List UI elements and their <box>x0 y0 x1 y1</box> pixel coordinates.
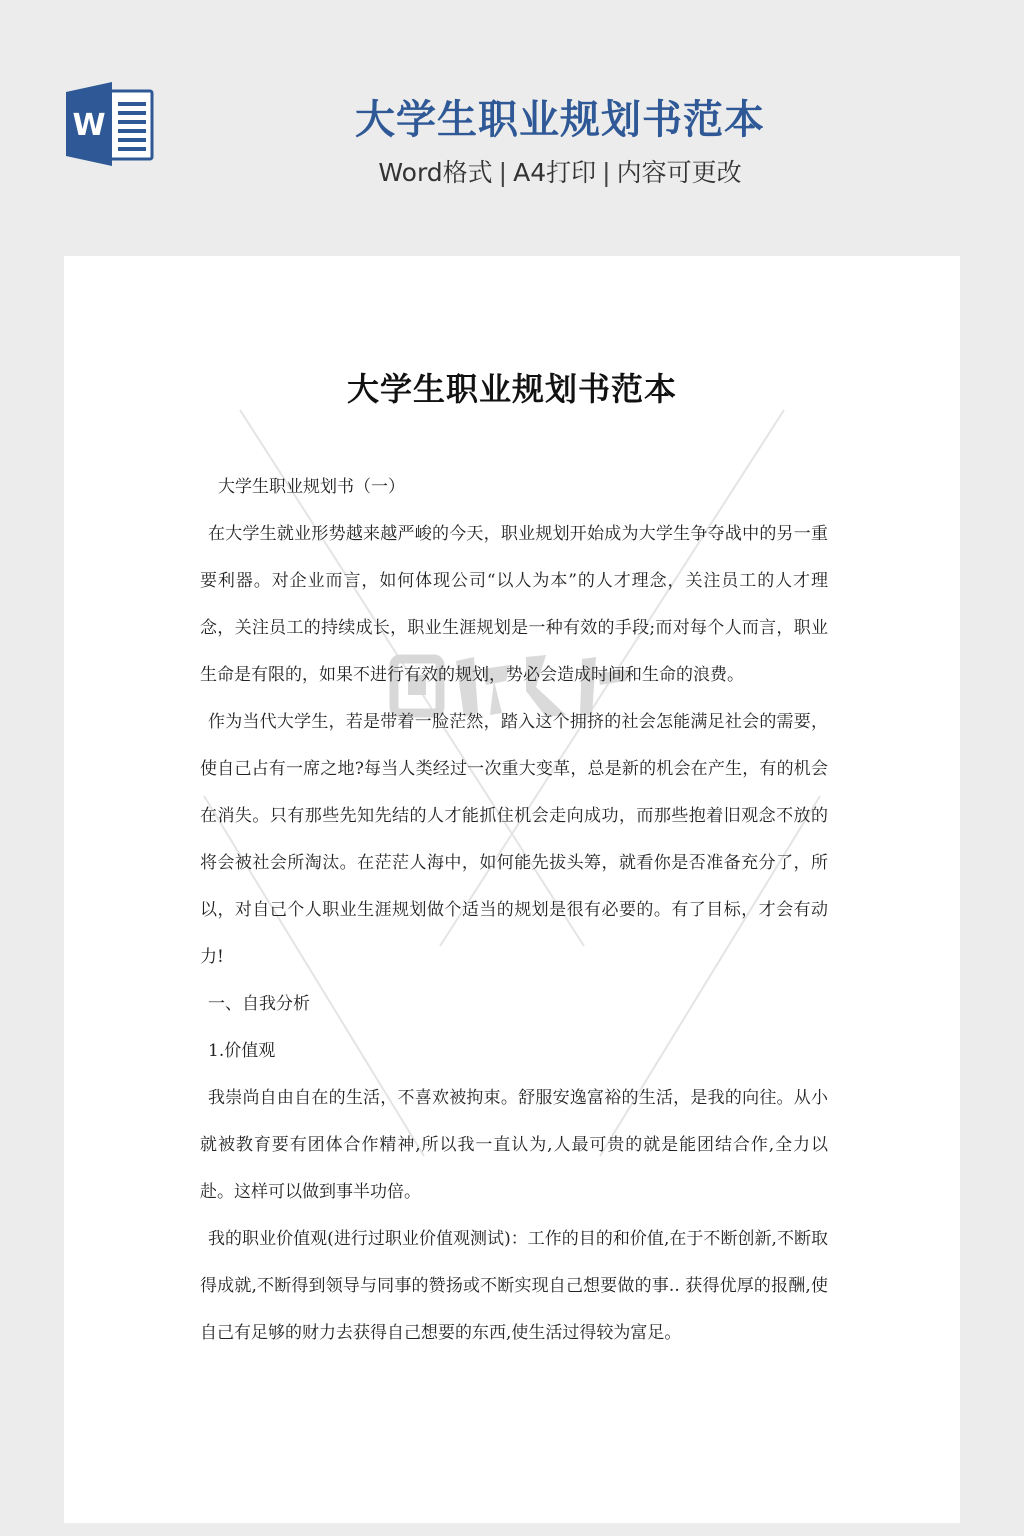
banner-subtitle: Word格式|A4打印|内容可更改 <box>330 153 790 189</box>
word-document-icon: W <box>66 82 156 166</box>
paragraph: 我崇尚自由自在的生活，不喜欢被拘束。舒服安逸富裕的生活，是我的向往。从小就被教育… <box>200 1075 828 1216</box>
subsection-heading: 1.价值观 <box>200 1028 828 1075</box>
print-label: A4打印 <box>513 158 596 187</box>
paragraph: 在大学生就业形势越来越严峻的今天，职业规划开始成为大学生争夺战中的另一重要利器。… <box>200 511 828 699</box>
section-heading: 大学生职业规划书（一） <box>200 464 828 511</box>
section-heading: 一、自我分析 <box>200 981 828 1028</box>
editable-label: 内容可更改 <box>617 158 742 187</box>
document-page: 大学生职业规划书范本 大学生职业规划书（一） 在大学生就业形势越来越严峻的今天，… <box>64 256 960 1523</box>
paragraph: 我的职业价值观(进行过职业价值观测试)：工作的目的和价值,在于不断创新,不断取得… <box>200 1216 828 1357</box>
separator: | <box>602 158 610 187</box>
document-title: 大学生职业规划书范本 <box>64 364 960 410</box>
banner-title: 大学生职业规划书范本 <box>340 88 780 145</box>
format-label: Word格式 <box>378 158 492 187</box>
separator: | <box>499 158 507 187</box>
paragraph: 作为当代大学生，若是带着一脸茫然，踏入这个拥挤的社会怎能满足社会的需要，使自己占… <box>200 699 828 981</box>
document-body: 大学生职业规划书（一） 在大学生就业形势越来越严峻的今天，职业规划开始成为大学生… <box>200 464 828 1357</box>
svg-text:W: W <box>72 108 105 143</box>
